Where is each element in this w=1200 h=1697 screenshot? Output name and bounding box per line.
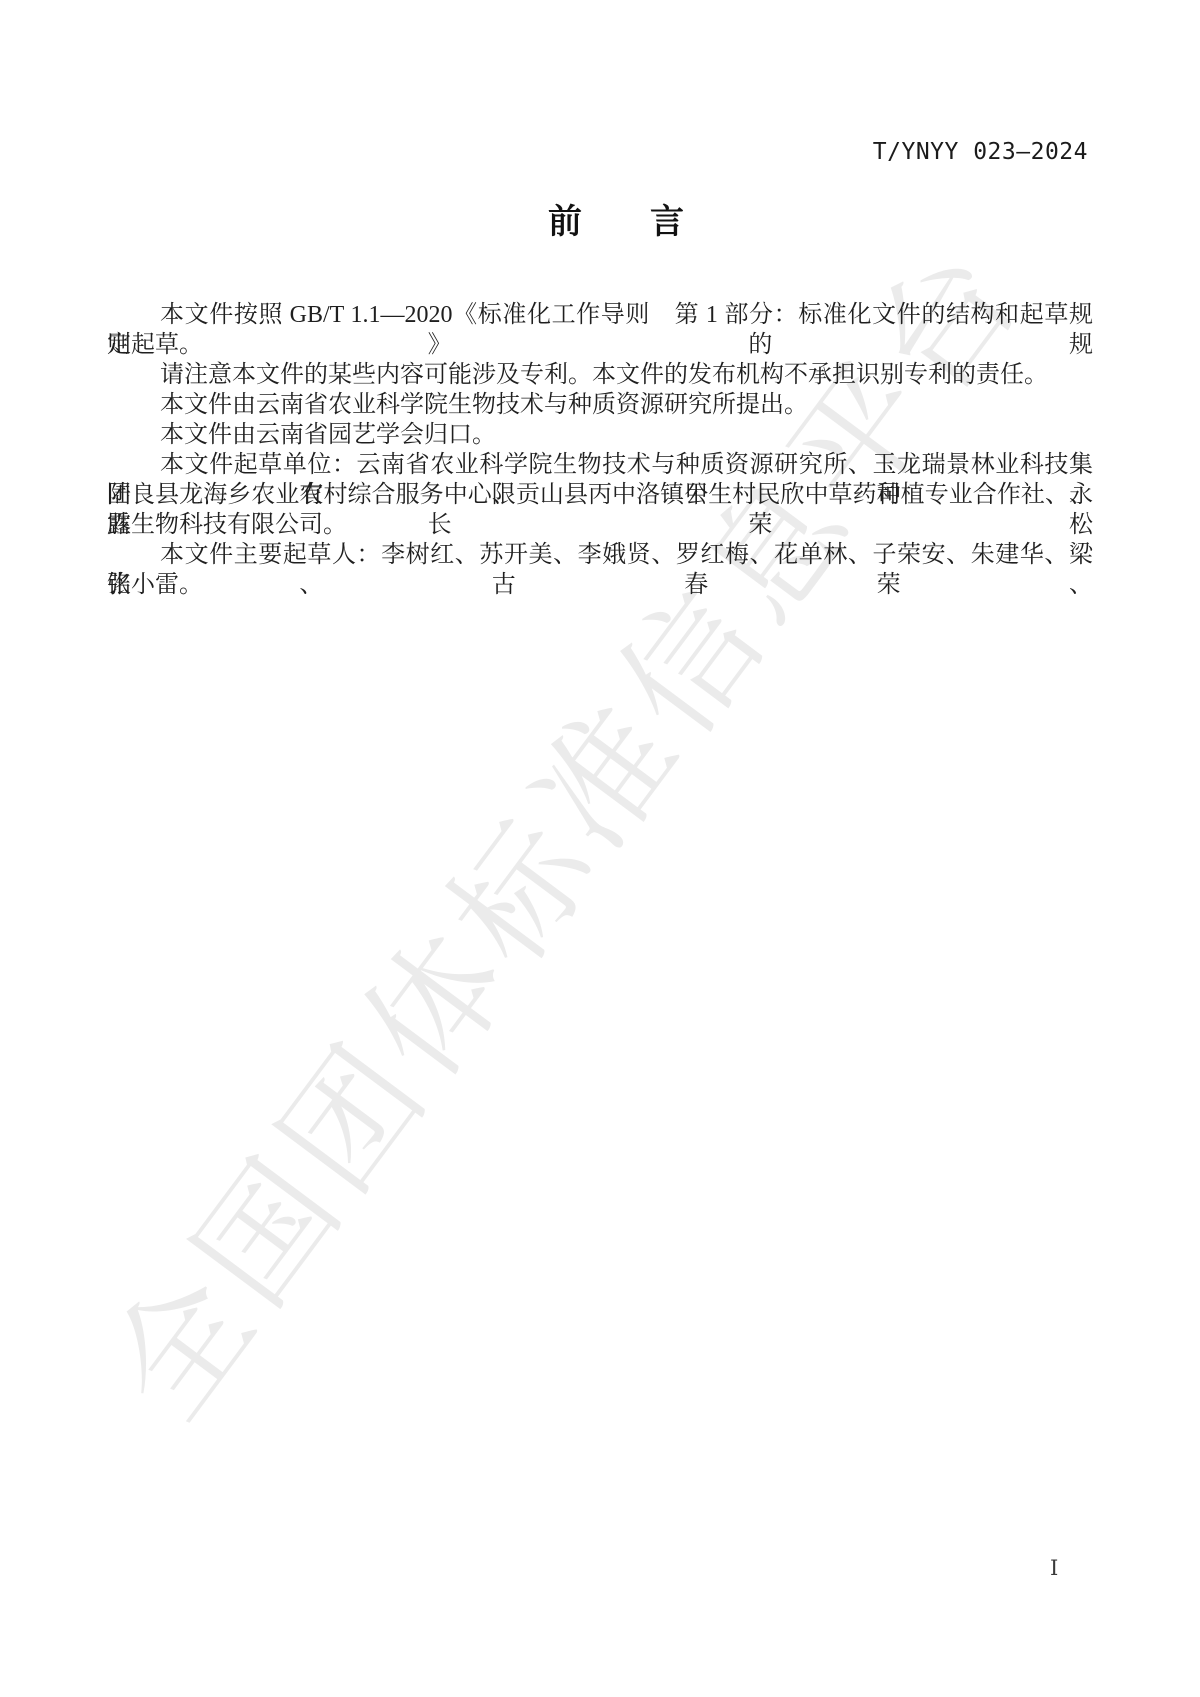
body-line: 请注意本文件的某些内容可能涉及专利。本文件的发布机构不承担识别专利的责任。 <box>107 360 1093 390</box>
document-page: 全国团体标准信息平台 T/YNYY 023—2024 前 言 本文件按照 GB/… <box>0 0 1200 1697</box>
body-line: 本文件起草单位：云南省农业科学院生物技术与种质资源研究所、玉龙瑞景林业科技集团有… <box>107 450 1093 480</box>
page-number: I <box>1050 1556 1058 1580</box>
body-line: 本文件由云南省农业科学院生物技术与种质资源研究所提出。 <box>107 390 1093 420</box>
body-line: 本文件由云南省园艺学会归口。 <box>107 420 1093 450</box>
body-line: 陆良县龙海乡农业农村综合服务中心、贡山县丙中洛镇甲生村民欣中草药种植专业合作社、… <box>107 480 1093 510</box>
foreword-title: 前 言 <box>16 194 1200 243</box>
standard-code: T/YNYY 023—2024 <box>873 139 1088 165</box>
body-line: 本文件按照 GB/T 1.1—2020《标准化工作导则 第 1 部分：标准化文件… <box>107 300 1093 330</box>
body-line: 本文件主要起草人：李树红、苏开美、李娥贤、罗红梅、花单林、子荣安、朱建华、梁铭、… <box>107 540 1093 570</box>
body-text: 本文件按照 GB/T 1.1—2020《标准化工作导则 第 1 部分：标准化文件… <box>107 300 1093 600</box>
